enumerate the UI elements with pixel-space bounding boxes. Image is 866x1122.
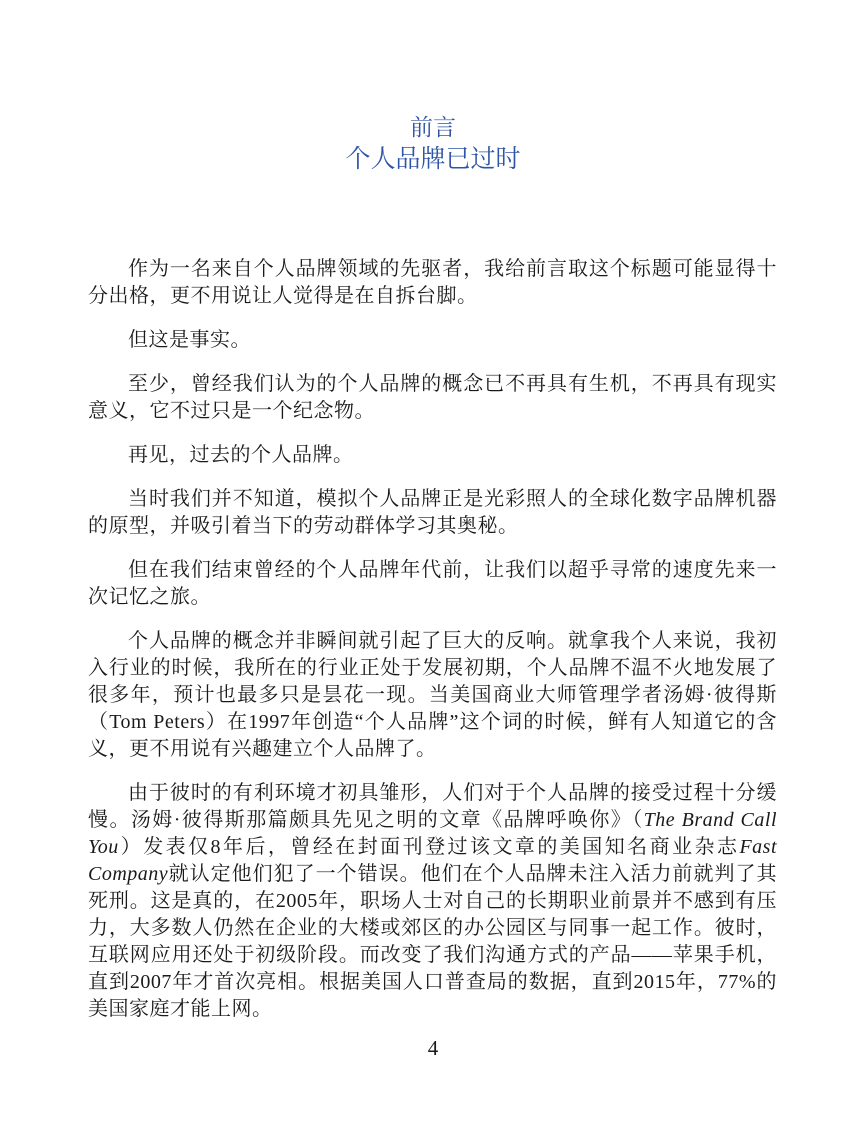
paragraph: 至少，曾经我们认为的个人品牌的概念已不再具有生机，不再具有现实意义，它不过只是一… bbox=[88, 371, 777, 425]
body-text: 再见，过去的个人品牌。 bbox=[128, 444, 354, 466]
body-text: 个人品牌的概念并非瞬间就引起了巨大的反响。就拿我个人来说，我初入行业的时候，我所… bbox=[88, 630, 777, 760]
paragraph: 再见，过去的个人品牌。 bbox=[88, 442, 777, 469]
body-text: 但在我们结束曾经的个人品牌年代前，让我们以超乎寻常的速度先来一次记忆之旅。 bbox=[88, 559, 777, 608]
body-text: 但这是事实。 bbox=[128, 329, 251, 351]
body-text: 当时我们并不知道，模拟个人品牌正是光彩照人的全球化数字品牌机器的原型，并吸引着当… bbox=[88, 488, 777, 537]
title-block: 前言 个人品牌已过时 bbox=[0, 0, 866, 176]
paragraph: 但在我们结束曾经的个人品牌年代前，让我们以超乎寻常的速度先来一次记忆之旅。 bbox=[88, 557, 777, 611]
document-body: 作为一名来自个人品牌领域的先驱者，我给前言取这个标题可能显得十分出格，更不用说让… bbox=[88, 256, 777, 1023]
paragraph: 个人品牌的概念并非瞬间就引起了巨大的反响。就拿我个人来说，我初入行业的时候，我所… bbox=[88, 628, 777, 763]
paragraph: 由于彼时的有利环境才初具雏形，人们对于个人品牌的接受过程十分缓慢。汤姆·彼得斯那… bbox=[88, 780, 777, 1023]
body-text: 就认定他们犯了一个错误。他们在个人品牌未注入活力前就判了其死刑。这是真的，在20… bbox=[88, 863, 777, 1020]
page-number: 4 bbox=[0, 1036, 866, 1061]
body-text: ）发表仅8年后，曾经在封面刊登过该文章的美国知名商业杂志 bbox=[119, 836, 740, 858]
paragraph: 当时我们并不知道，模拟个人品牌正是光彩照人的全球化数字品牌机器的原型，并吸引着当… bbox=[88, 486, 777, 540]
page-title: 前言 bbox=[0, 112, 866, 143]
paragraph: 作为一名来自个人品牌领域的先驱者，我给前言取这个标题可能显得十分出格，更不用说让… bbox=[88, 256, 777, 310]
page-subtitle: 个人品牌已过时 bbox=[0, 143, 866, 176]
document-page: 前言 个人品牌已过时 作为一名来自个人品牌领域的先驱者，我给前言取这个标题可能显… bbox=[0, 0, 866, 1122]
body-text: 至少，曾经我们认为的个人品牌的概念已不再具有生机，不再具有现实意义，它不过只是一… bbox=[88, 373, 777, 422]
body-text: 作为一名来自个人品牌领域的先驱者，我给前言取这个标题可能显得十分出格，更不用说让… bbox=[88, 258, 777, 307]
paragraph: 但这是事实。 bbox=[88, 327, 777, 354]
